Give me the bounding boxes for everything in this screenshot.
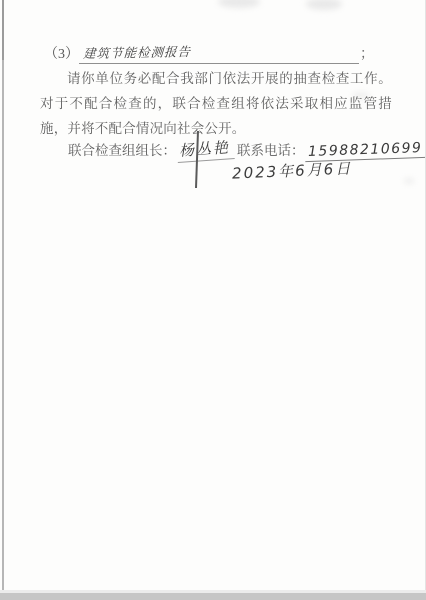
page-edge-left-dark: [2, 0, 4, 60]
handwritten-item-text: 建筑节能检测报告: [79, 43, 194, 64]
leader-label: 联合检查组组长：: [68, 139, 176, 159]
item-number: （3）: [44, 46, 79, 64]
page-edge-left: [2, 0, 4, 600]
body-paragraph: 请你单位务必配合我部门依法开展的抽查检查工作。对于不配合检查的，联合检查组将依法…: [40, 66, 392, 141]
item-filled-blank: 建筑节能检测报告: [79, 44, 193, 64]
item-terminator: ；: [360, 46, 374, 64]
page-edge-bottom: [0, 593, 426, 600]
leader-contact-line: 联合检查组组长： 杨丛艳 联系电话： 15988210699: [68, 138, 398, 159]
item-3-line: （3） 建筑节能检测报告 ；: [44, 44, 374, 64]
handwritten-date: 2023年6月6日: [232, 157, 353, 183]
blank-underline: [193, 48, 359, 64]
scanned-document-page: （3） 建筑节能检测报告 ； 请你单位务必配合我部门依法开展的抽查检查工作。对于…: [0, 0, 426, 600]
handwritten-signature: 杨丛艳: [176, 136, 234, 163]
scan-smudge: [404, 178, 414, 184]
scan-smudge: [218, 0, 260, 8]
scan-smudge: [306, 0, 342, 10]
phone-label: 联系电话：: [237, 139, 305, 159]
